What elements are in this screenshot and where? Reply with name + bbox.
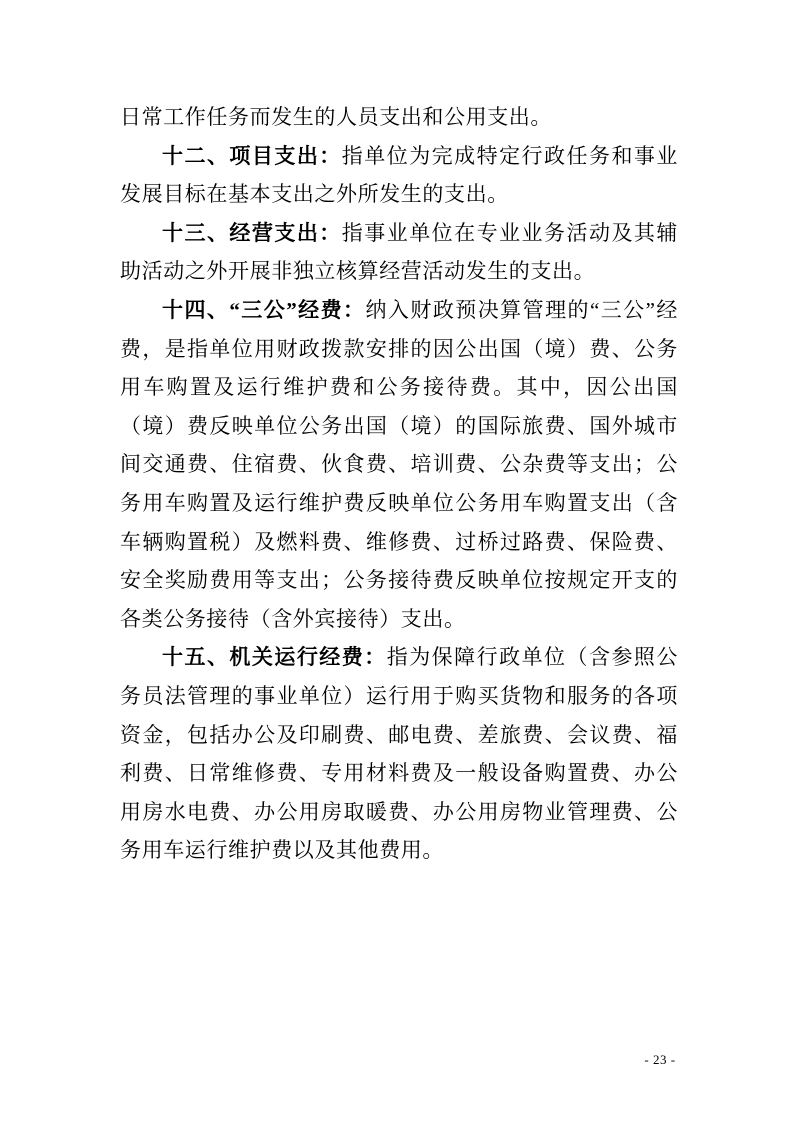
paragraph-text: 指为保障行政单位（含参照公务员法管理的事业单位）运行用于购买货物和服务的各项资金… xyxy=(120,645,678,862)
paragraph-continuation: 日常工作任务而发生的人员支出和公用支出。 xyxy=(120,98,678,137)
paragraph-item-14-three-public-funds: 十四、“三公”经费：纳入财政预决算管理的“三公”经费，是指单位用财政拨款安排的因… xyxy=(120,291,678,638)
paragraph-item-15-agency-operating-funds: 十五、机关运行经费：指为保障行政单位（含参照公务员法管理的事业单位）运行用于购买… xyxy=(120,638,678,870)
document-page: 日常工作任务而发生的人员支出和公用支出。 十二、项目支出：指单位为完成特定行政任… xyxy=(0,0,793,1122)
term-label: 十四、“三公”经费： xyxy=(162,298,365,322)
paragraph-item-12-project-expenditure: 十二、项目支出：指单位为完成特定行政任务和事业发展目标在基本支出之外所发生的支出… xyxy=(120,137,678,214)
term-label: 十五、机关运行经费： xyxy=(162,645,387,669)
page-number: - 23 - xyxy=(600,1050,720,1070)
term-label: 十三、经营支出： xyxy=(162,221,342,245)
paragraph-item-13-operating-expenditure: 十三、经营支出：指事业单位在专业业务活动及其辅助活动之外开展非独立核算经营活动发… xyxy=(120,214,678,291)
term-label: 十二、项目支出： xyxy=(162,144,342,168)
paragraph-text: 纳入财政预决算管理的“三公”经费，是指单位用财政拨款安排的因公出国（境）费、公务… xyxy=(120,298,678,631)
document-body: 日常工作任务而发生的人员支出和公用支出。 十二、项目支出：指单位为完成特定行政任… xyxy=(120,98,678,870)
paragraph-text: 日常工作任务而发生的人员支出和公用支出。 xyxy=(120,105,552,129)
